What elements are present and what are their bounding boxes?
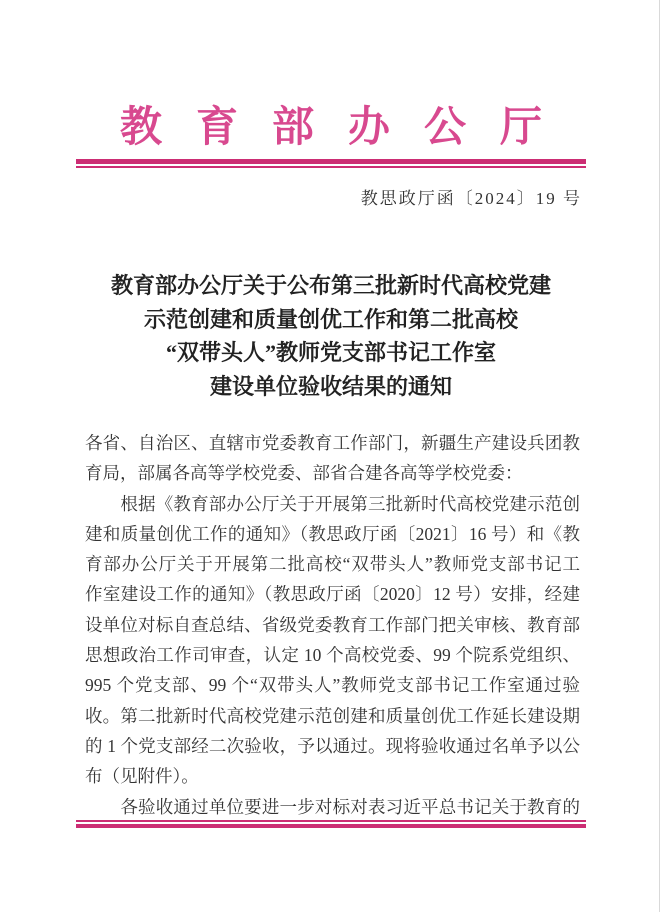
agency-name: 教育部办公厅: [0, 94, 662, 154]
body-line: 995 个党支部、99 个“双带头人”教师党支部书记工作室通过验: [85, 670, 580, 700]
body-line: 的 1 个党支部经二次验收，予以通过。现将验收通过名单予以公: [85, 731, 580, 761]
document-body: 各省、自治区、直辖市党委教育工作部门，新疆生产建设兵团教育局，部属各高等学校党委…: [85, 428, 580, 822]
body-line: 育局，部属各高等学校党委、部省合建各高等学校党委：: [85, 458, 580, 488]
document-title-line: 教育部办公厅关于公布第三批新时代高校党建: [0, 269, 662, 303]
body-line: 各验收通过单位要进一步对标对表习近平总书记关于教育的: [85, 792, 580, 822]
body-line: 布（见附件）。: [85, 761, 580, 791]
body-line: 建和质量创优工作的通知》（教思政厅函〔2021〕16 号）和《教: [85, 519, 580, 549]
document-title-line: 建设单位验收结果的通知: [0, 370, 662, 404]
body-line: 设单位对标自查总结、省级党委教育工作部门把关审核、教育部: [85, 610, 580, 640]
header-rule-thin: [76, 166, 586, 168]
document-title: 教育部办公厅关于公布第三批新时代高校党建示范创建和质量创优工作和第二批高校“双带…: [0, 269, 662, 403]
footer-rule-thick: [76, 824, 586, 828]
footer-rule: [76, 820, 586, 828]
body-line: 根据《教育部办公厅关于开展第三批新时代高校党建示范创: [85, 489, 580, 519]
body-line: 收。第二批新时代高校党建示范创建和质量创优工作延长建设期: [85, 701, 580, 731]
body-line: 育部办公厅关于开展第二批高校“双带头人”教师党支部书记工: [85, 549, 580, 579]
document-number: 教思政厅函〔2024〕19 号: [361, 184, 582, 209]
header-rule: [76, 159, 586, 168]
document-title-line: “双带头人”教师党支部书记工作室: [0, 336, 662, 370]
document-title-line: 示范创建和质量创优工作和第二批高校: [0, 303, 662, 337]
body-line: 作室建设工作的通知》（教思政厅函〔2020〕12 号）安排，经建: [85, 579, 580, 609]
body-line: 思想政治工作司审查，认定 10 个高校党委、99 个院系党组织、: [85, 640, 580, 670]
document-page: 教育部办公厅 教思政厅函〔2024〕19 号 教育部办公厅关于公布第三批新时代高…: [0, 0, 662, 912]
body-line: 各省、自治区、直辖市党委教育工作部门，新疆生产建设兵团教: [85, 428, 580, 458]
